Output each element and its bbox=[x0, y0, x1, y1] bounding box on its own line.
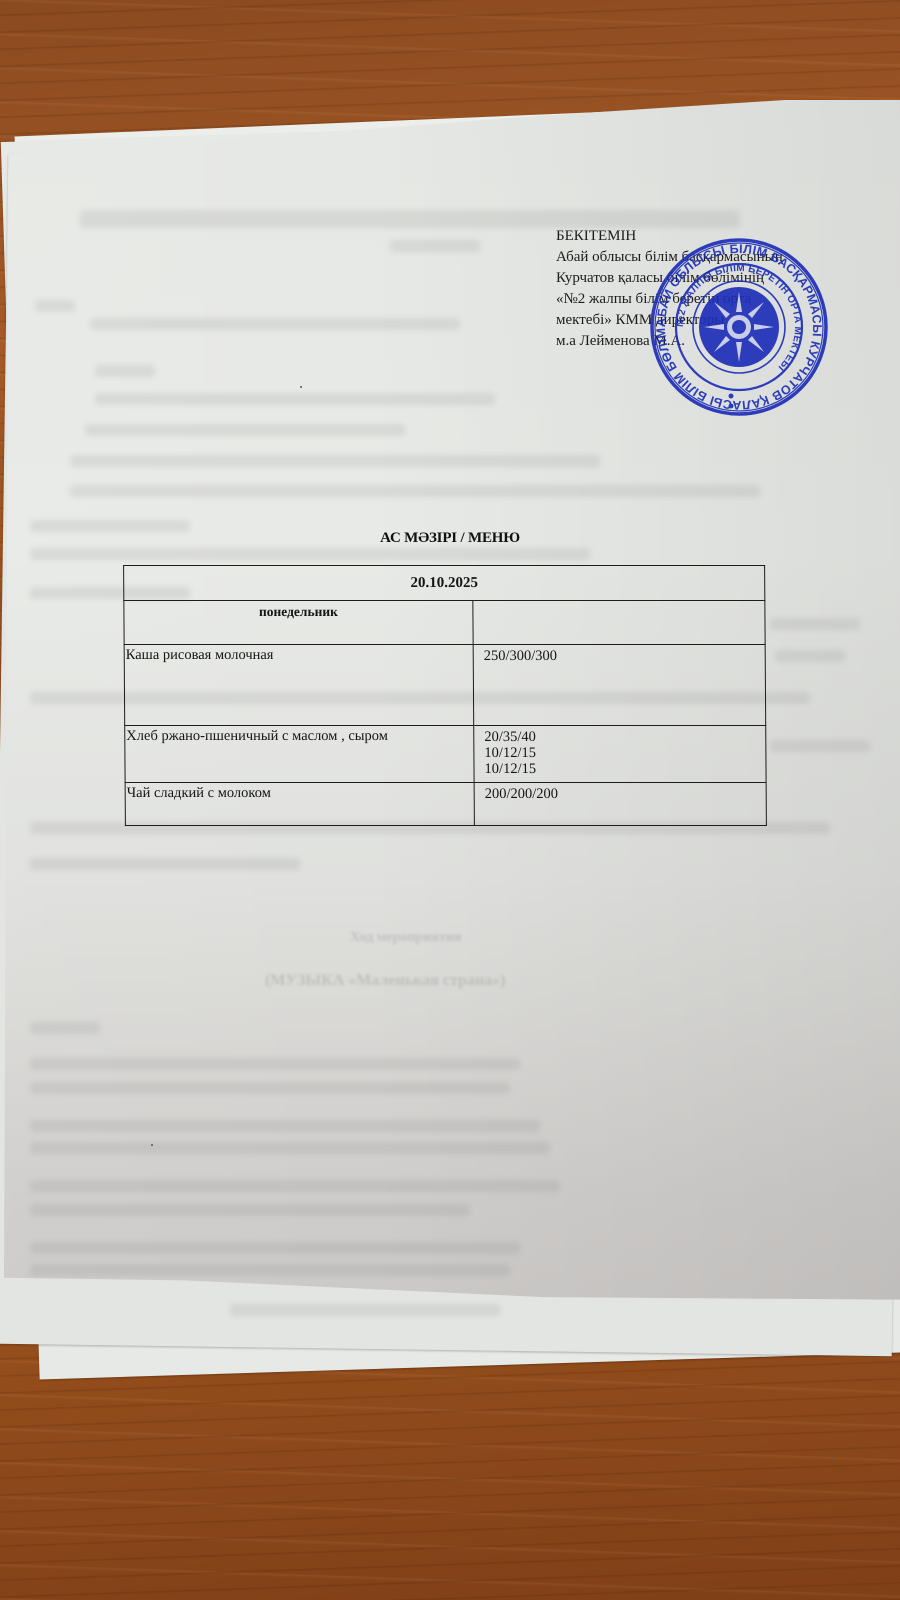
date-row: 20.10.2025 bbox=[124, 566, 765, 601]
portion-value: 200/200/200 bbox=[485, 786, 760, 802]
portion-value: 10/12/15 bbox=[484, 761, 759, 777]
portion-value: 10/12/15 bbox=[484, 745, 759, 761]
paper-speck bbox=[832, 1456, 834, 1458]
table-row: Хлеб ржано-пшеничный с маслом , сыром 20… bbox=[125, 726, 766, 783]
portion-value: 250/300/300 bbox=[484, 648, 759, 664]
portion-sizes: 20/35/40 10/12/15 10/12/15 bbox=[474, 726, 766, 783]
paper-speck bbox=[300, 386, 302, 388]
dish-name: Каша рисовая молочная bbox=[124, 645, 474, 726]
bleed-through-heading: Ход мероприятия bbox=[350, 930, 461, 946]
portion-sizes: 250/300/300 bbox=[473, 645, 766, 726]
bleed-through-heading: (МУЗЫКА «Маленькая страна») bbox=[265, 972, 506, 990]
dish-name: Чай сладкий с молоком bbox=[125, 783, 474, 826]
empty-header-cell bbox=[473, 601, 765, 645]
table-row: Каша рисовая молочная 250/300/300 bbox=[124, 645, 766, 726]
table-row: Чай сладкий с молоком 200/200/200 bbox=[125, 783, 766, 826]
menu-date: 20.10.2025 bbox=[124, 566, 765, 601]
menu-title: АС МӘЗІРІ / МЕНЮ bbox=[0, 530, 900, 547]
portion-value: 20/35/40 bbox=[484, 729, 759, 745]
day-of-week: понедельник bbox=[124, 601, 473, 645]
paper-speck bbox=[151, 1144, 153, 1146]
dish-name: Хлеб ржано-пшеничный с маслом , сыром bbox=[125, 726, 474, 783]
portion-sizes: 200/200/200 bbox=[474, 783, 766, 826]
menu-table: 20.10.2025 понедельник Каша рисовая моло… bbox=[123, 565, 767, 826]
day-row: понедельник bbox=[124, 601, 765, 645]
official-stamp-icon: АБАЙ ОБЛЫСЫ БІЛІМ БАСҚАРМАСЫ КУРЧАТОВ ҚА… bbox=[648, 236, 830, 418]
